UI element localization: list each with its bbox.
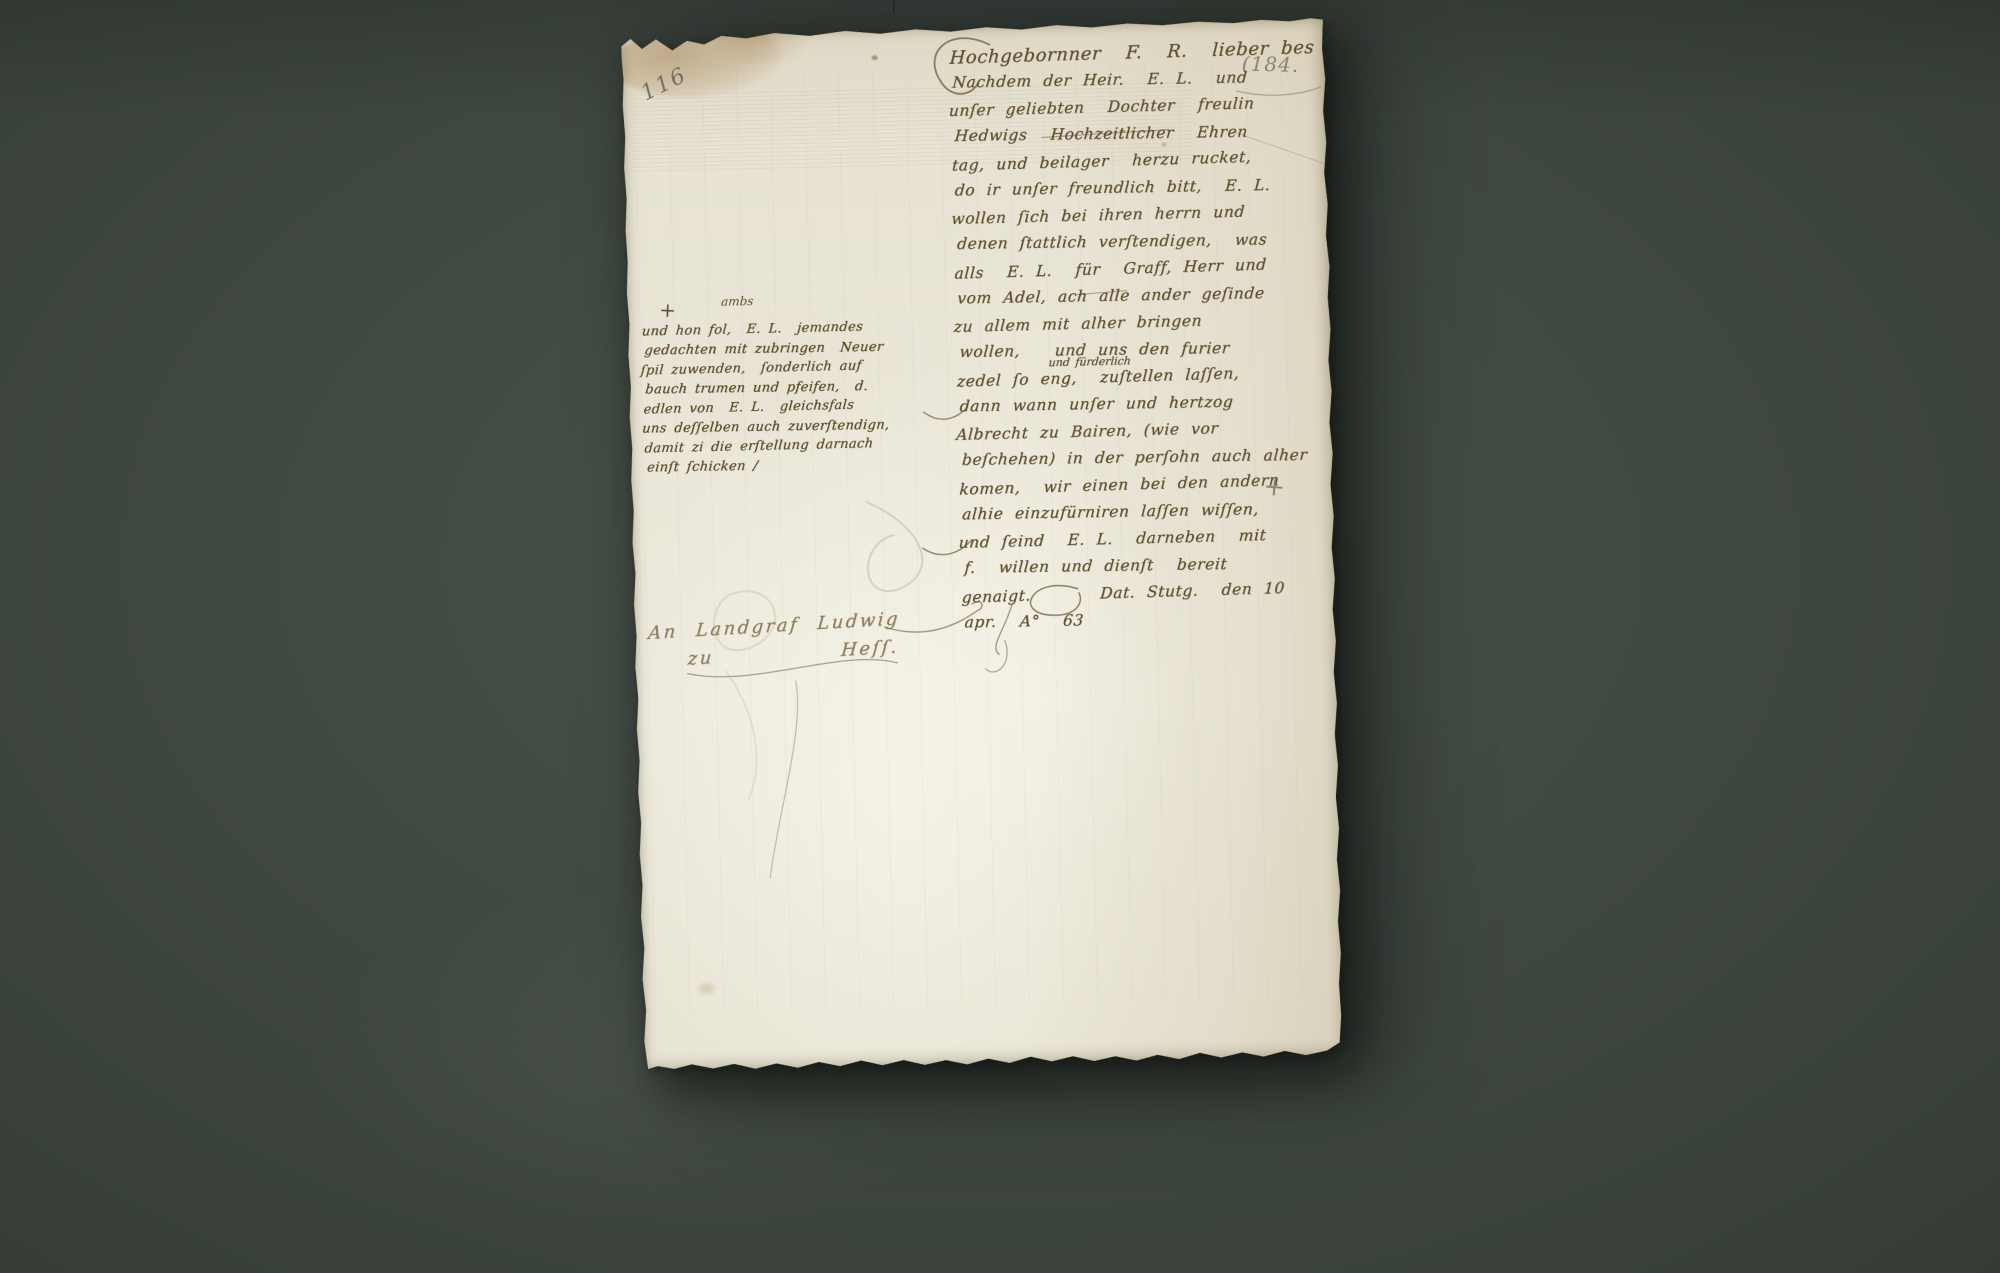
manuscript-page: 116 (184. Hochgebornner F. R. lieber bes… [619,17,1348,1073]
margin-cross-right: + [1262,471,1286,503]
paper-sheet: 116 (184. Hochgebornner F. R. lieber bes… [619,17,1348,1073]
margin-note: und hon fol, E. L. jemandes gedachten mi… [642,316,940,479]
photo-backdrop: 116 (184. Hochgebornner F. R. lieber bes… [0,0,2000,1273]
interline-insertion: und fürderlich [1047,347,1131,376]
letter-body: Hochgebornner F. R. lieber bes Nachdem d… [949,36,1312,638]
margin-note-line: einſt ſchicken / [646,453,940,477]
margin-note-insertion: ambs [721,294,755,309]
margin-cross-left: + [659,298,677,323]
backdrop-hanger-mark [893,0,895,13]
